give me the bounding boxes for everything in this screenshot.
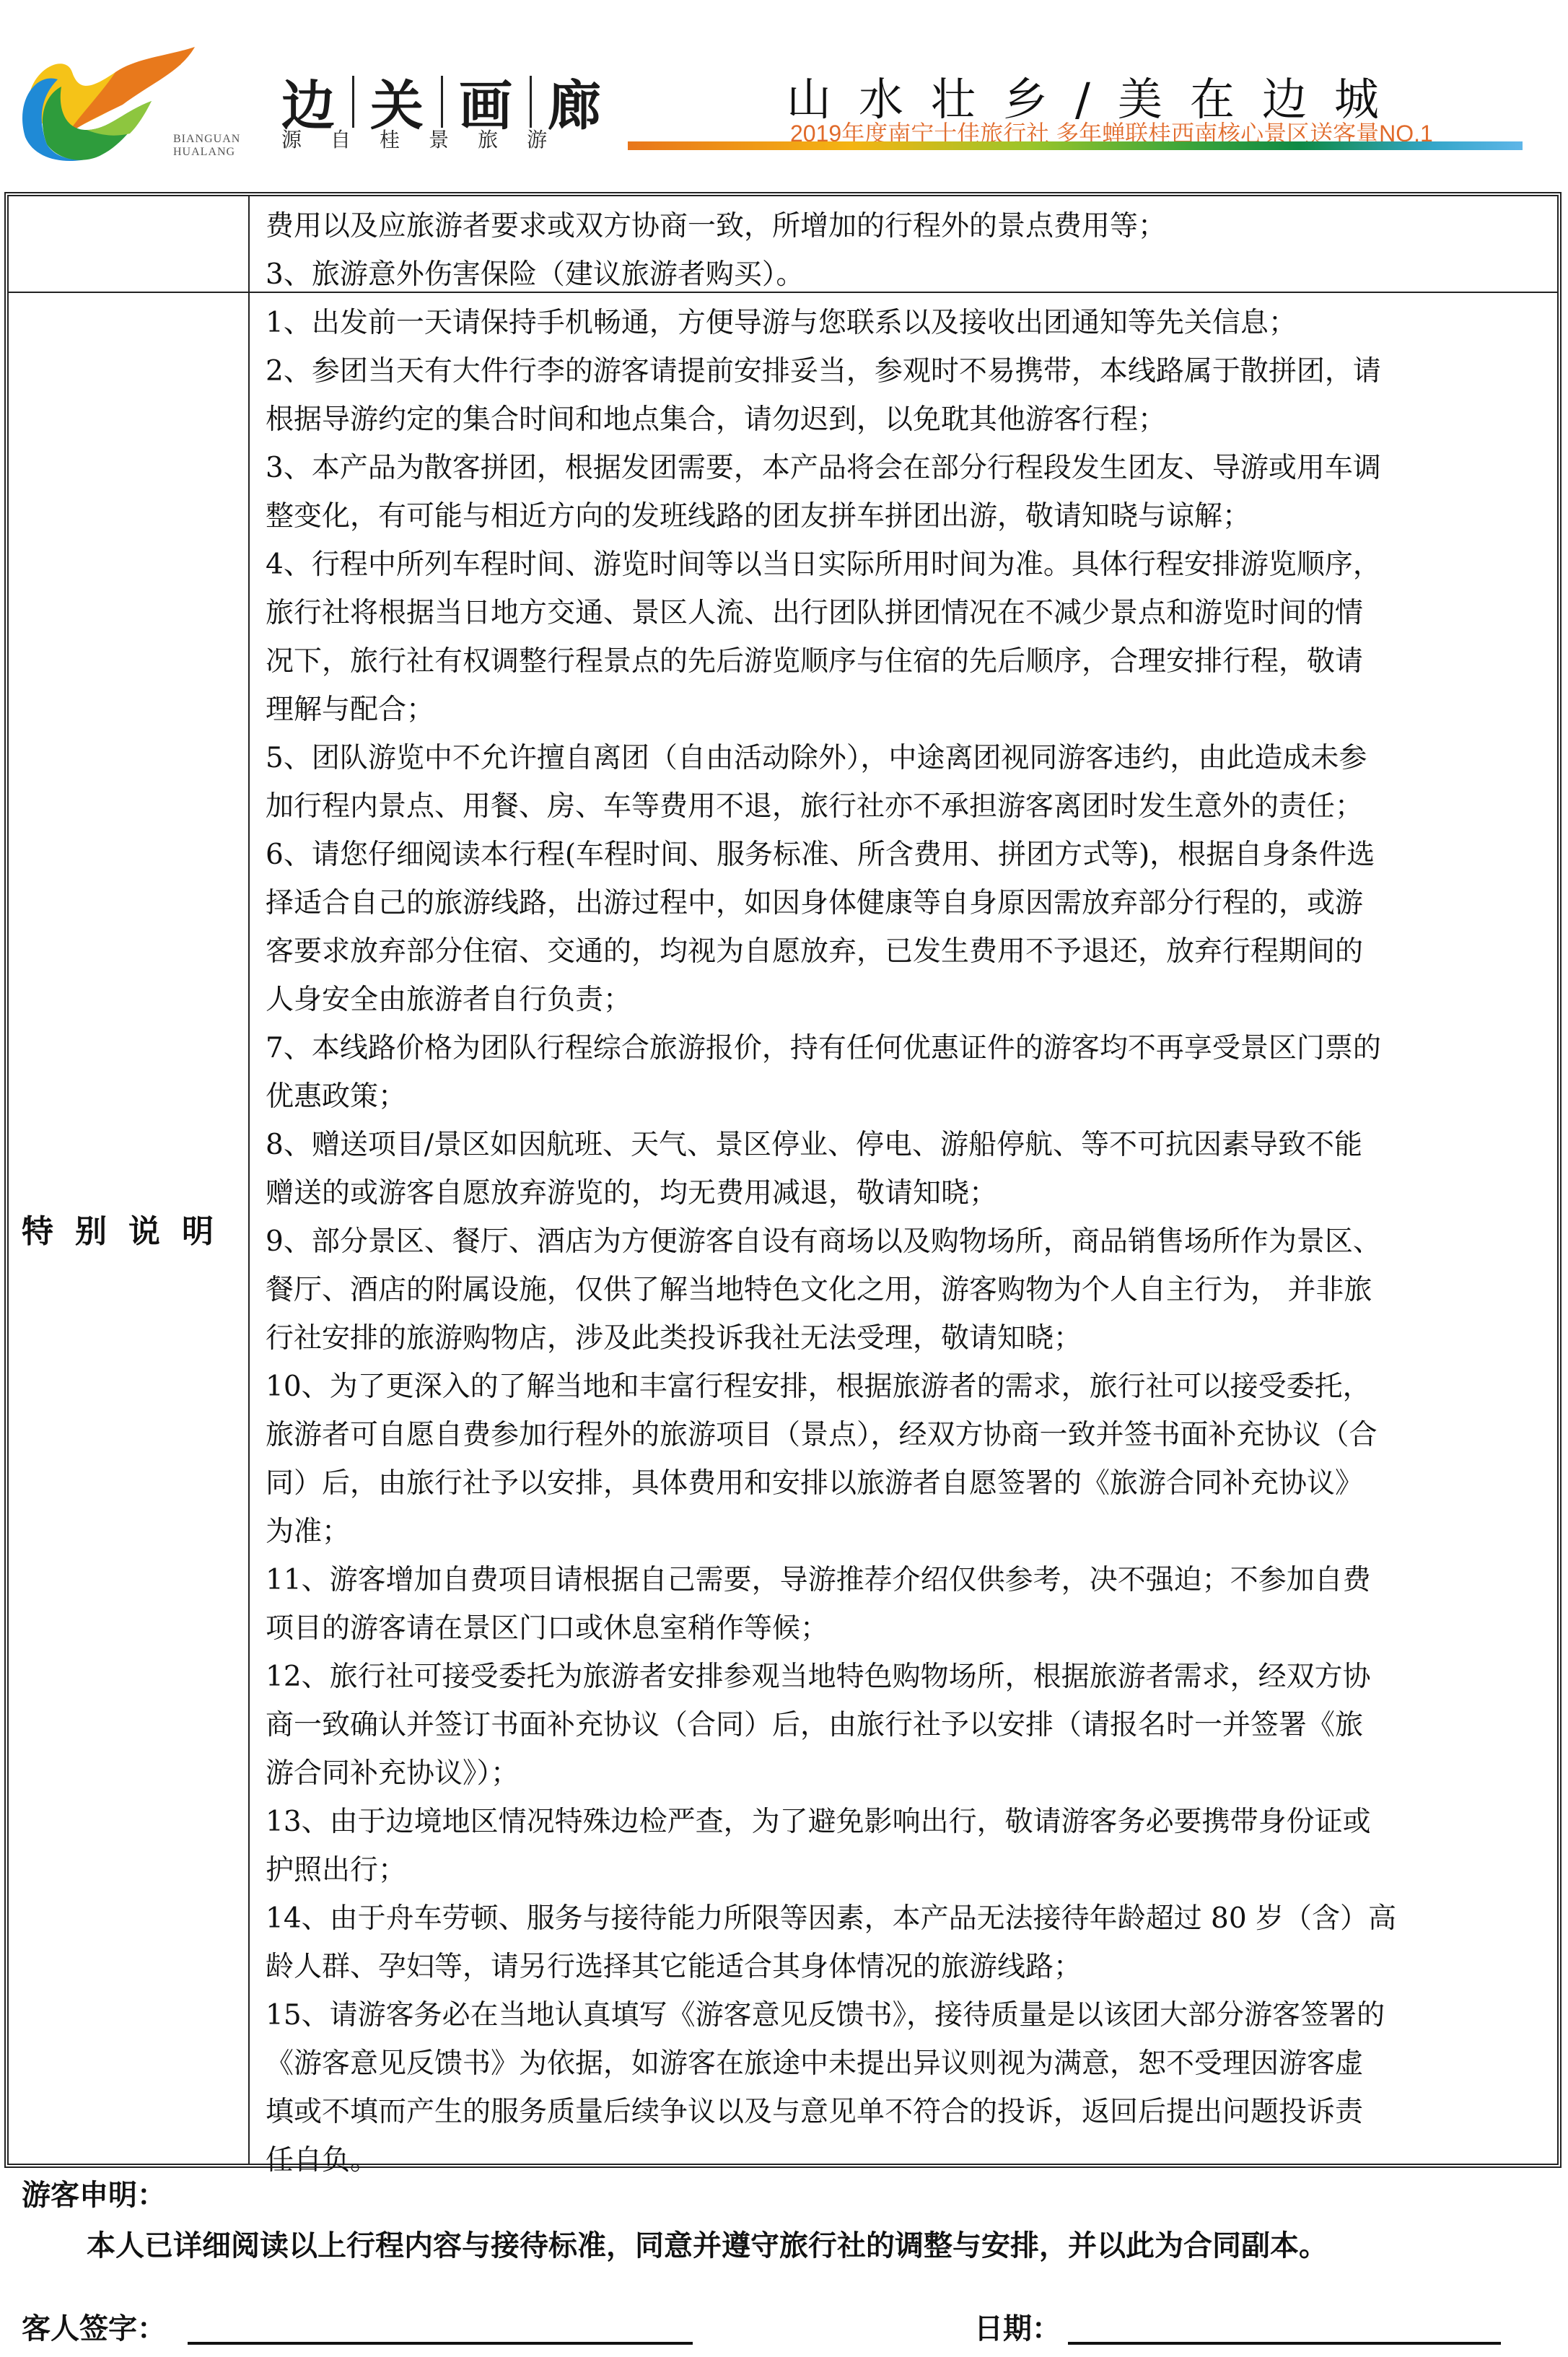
divider [352, 76, 354, 128]
text-line: 为准； [266, 1508, 1544, 1556]
brand-sub-char: 源 [281, 124, 303, 153]
brand-sub-char: 景 [429, 124, 450, 153]
brand-sub-char: 自 [330, 124, 352, 153]
text-line: 12、旅行社可接受委托为旅游者安排参观当地特色购物场所，根据旅游者需求，经双方协 [266, 1653, 1544, 1701]
page-header: BIANGUAN HUALANG 边 关 画 廊 源 自 桂 景 旅 游 山水壮… [0, 0, 1568, 188]
brand-sub-char: 桂 [380, 124, 401, 153]
itinerary-table: 费用以及应旅游者要求或双方协商一致，所增加的行程外的景点费用等；3、旅游意外伤害… [4, 192, 1562, 2168]
text-line: 赠送的或游客自愿放弃游览的，均无费用减退，敬请知晓； [266, 1169, 1544, 1217]
divider [530, 76, 532, 128]
text-line: 旅行社将根据当日地方交通、景区人流、出行团队拼团情况在不减少景点和游览时间的情 [266, 589, 1544, 637]
text-line: 任自负。 [266, 2136, 1544, 2185]
special-notes-label: 特别说明 [22, 1205, 235, 1251]
text-line: 3、本产品为散客拼团，根据发团需要，本产品将会在部分行程段发生团友、导游或用车调 [266, 444, 1544, 492]
brand-english-line: BIANGUAN [173, 133, 240, 146]
brand-sub-char: 旅 [478, 124, 499, 153]
declaration-body: 本人已详细阅读以上行程内容与接待标准，同意并遵守旅行社的调整与安排，并以此为合同… [87, 2223, 1328, 2264]
text-line: 旅游者可自愿自费参加行程外的旅游项目（景点），经双方协商一致并签书面补充协议（合 [266, 1411, 1544, 1459]
text-line: 《游客意见反馈书》为依据，如游客在旅途中未提出异议则视为满意，恕不受理因游客虚 [266, 2039, 1544, 2088]
text-line: 6、请您仔细阅读本行程(车程时间、服务标准、所含费用、拼团方式等)，根据自身条件… [266, 831, 1544, 879]
text-line: 择适合自己的旅游线路，出游过程中，如因身体健康等自身原因需放弃部分行程的，或游 [266, 879, 1544, 927]
signature-field[interactable] [188, 2342, 693, 2345]
text-line: 行社安排的旅游购物店，涉及此类投诉我社无法受理，敬请知晓； [266, 1314, 1544, 1363]
row-label-cell: 特别说明 [9, 293, 250, 2164]
date-label: 日期： [974, 2306, 1061, 2347]
text-line: 8、赠送项目/景区如因航班、天气、景区停业、停电、游船停航、等不可抗因素导致不能 [266, 1121, 1544, 1169]
brand-english-line: HUALANG [173, 146, 240, 159]
header-gradient-bar [628, 141, 1523, 150]
text-line: 龄人群、孕妇等，请另行选择其它能适合其身体情况的旅游线路； [266, 1943, 1544, 1991]
text-line: 商一致确认并签订书面补充协议（合同）后，由旅行社予以安排（请报名时一并签署《旅 [266, 1701, 1544, 1749]
text-line: 客要求放弃部分住宿、交通的，均视为自愿放弃，已发生费用不予退还，放弃行程期间的 [266, 927, 1544, 976]
text-line: 况下，旅行社有权调整行程景点的先后游览顺序与住宿的先后顺序，合理安排行程，敬请 [266, 637, 1544, 686]
text-line: 餐厅、酒店的附属设施，仅供了解当地特色文化之用，游客购物为个人自主行为， 并非旅 [266, 1266, 1544, 1314]
text-line: 15、请游客务必在当地认真填写《游客意见反馈书》，接待质量是以该团大部分游客签署… [266, 1991, 1544, 2039]
brand-english: BIANGUAN HUALANG [173, 133, 240, 159]
date-field[interactable] [1068, 2342, 1501, 2345]
text-line: 整变化，有可能与相近方向的发班线路的团友拼车拼团出游，敬请知晓与谅解； [266, 492, 1544, 541]
text-line: 11、游客增加自费项目请根据自己需要，导游推荐介绍仅供参考，决不强迫；不参加自费 [266, 1556, 1544, 1604]
signature-label: 客人签字： [22, 2306, 166, 2347]
text-line: 3、旅游意外伤害保险（建议旅游者购买）。 [266, 250, 1544, 299]
text-line: 1、出发前一天请保持手机畅通，方便导游与您联系以及接收出团通知等先关信息； [266, 299, 1544, 347]
signature-row: 客人签字： 日期： [22, 2306, 1546, 2349]
row-content-cell: 费用以及应旅游者要求或双方协商一致，所增加的行程外的景点费用等；3、旅游意外伤害… [251, 196, 1557, 292]
table-row: 特别说明 1、出发前一天请保持手机畅通，方便导游与您联系以及接收出团通知等先关信… [9, 293, 1557, 2164]
text-line: 10、为了更深入的了解当地和丰富行程安排，根据旅游者的需求，旅行社可以接受委托， [266, 1363, 1544, 1411]
divider [441, 76, 443, 128]
text-line: 加行程内景点、用餐、房、车等费用不退，旅行社亦不承担游客离团时发生意外的责任； [266, 782, 1544, 831]
text-line: 人身安全由旅游者自行负责； [266, 976, 1544, 1024]
text-line: 游合同补充协议》）； [266, 1749, 1544, 1798]
text-line: 优惠政策； [266, 1072, 1544, 1121]
text-line: 13、由于边境地区情况特殊边检严查，为了避免影响出行，敬请游客务必要携带身份证或 [266, 1798, 1544, 1846]
text-line: 14、由于舟车劳顿、服务与接待能力所限等因素，本产品无法接待年龄超过 80 岁（… [266, 1894, 1544, 1943]
text-line: 7、本线路价格为团队行程综合旅游报价，持有任何优惠证件的游客均不再享受景区门票的 [266, 1024, 1544, 1072]
text-line: 费用以及应旅游者要求或双方协商一致，所增加的行程外的景点费用等； [266, 202, 1544, 250]
text-line: 理解与配合； [266, 686, 1544, 734]
text-line: 9、部分景区、餐厅、酒店为方便游客自设有商场以及购物场所，商品销售场所作为景区、 [266, 1217, 1544, 1266]
row-label-cell [9, 196, 250, 292]
brand-sub-char: 游 [527, 124, 548, 153]
text-line: 4、行程中所列车程时间、游览时间等以当日实际所用时间为准。具体行程安排游览顺序， [266, 541, 1544, 589]
text-line: 根据导游约定的集合时间和地点集合，请勿迟到，以免耽其他游客行程； [266, 395, 1544, 444]
text-line: 护照出行； [266, 1846, 1544, 1894]
declaration-title: 游客申明： [22, 2172, 166, 2213]
text-line: 项目的游客请在景区门口或休息室稍作等候； [266, 1604, 1544, 1653]
table-row: 费用以及应旅游者要求或双方协商一致，所增加的行程外的景点费用等；3、旅游意外伤害… [9, 196, 1557, 293]
brand-char: 廊 [548, 64, 603, 140]
text-line: 2、参团当天有大件行李的游客请提前安排妥当，参观时不易携带，本线路属于散拼团，请 [266, 347, 1544, 395]
special-notes-content: 1、出发前一天请保持手机畅通，方便导游与您联系以及接收出团通知等先关信息；2、参… [251, 293, 1557, 2164]
text-line: 同）后，由旅行社予以安排，具体费用和安排以旅游者自愿签署的《旅游合同补充协议》 [266, 1459, 1544, 1508]
text-line: 填或不填而产生的服务质量后续争议以及与意见单不符合的投诉，返回后提出问题投诉责 [266, 2088, 1544, 2136]
brand-subtitle: 源 自 桂 景 旅 游 [281, 124, 548, 153]
text-line: 5、团队游览中不允许擅自离团（自由活动除外），中途离团视同游客违约，由此造成未参 [266, 734, 1544, 782]
